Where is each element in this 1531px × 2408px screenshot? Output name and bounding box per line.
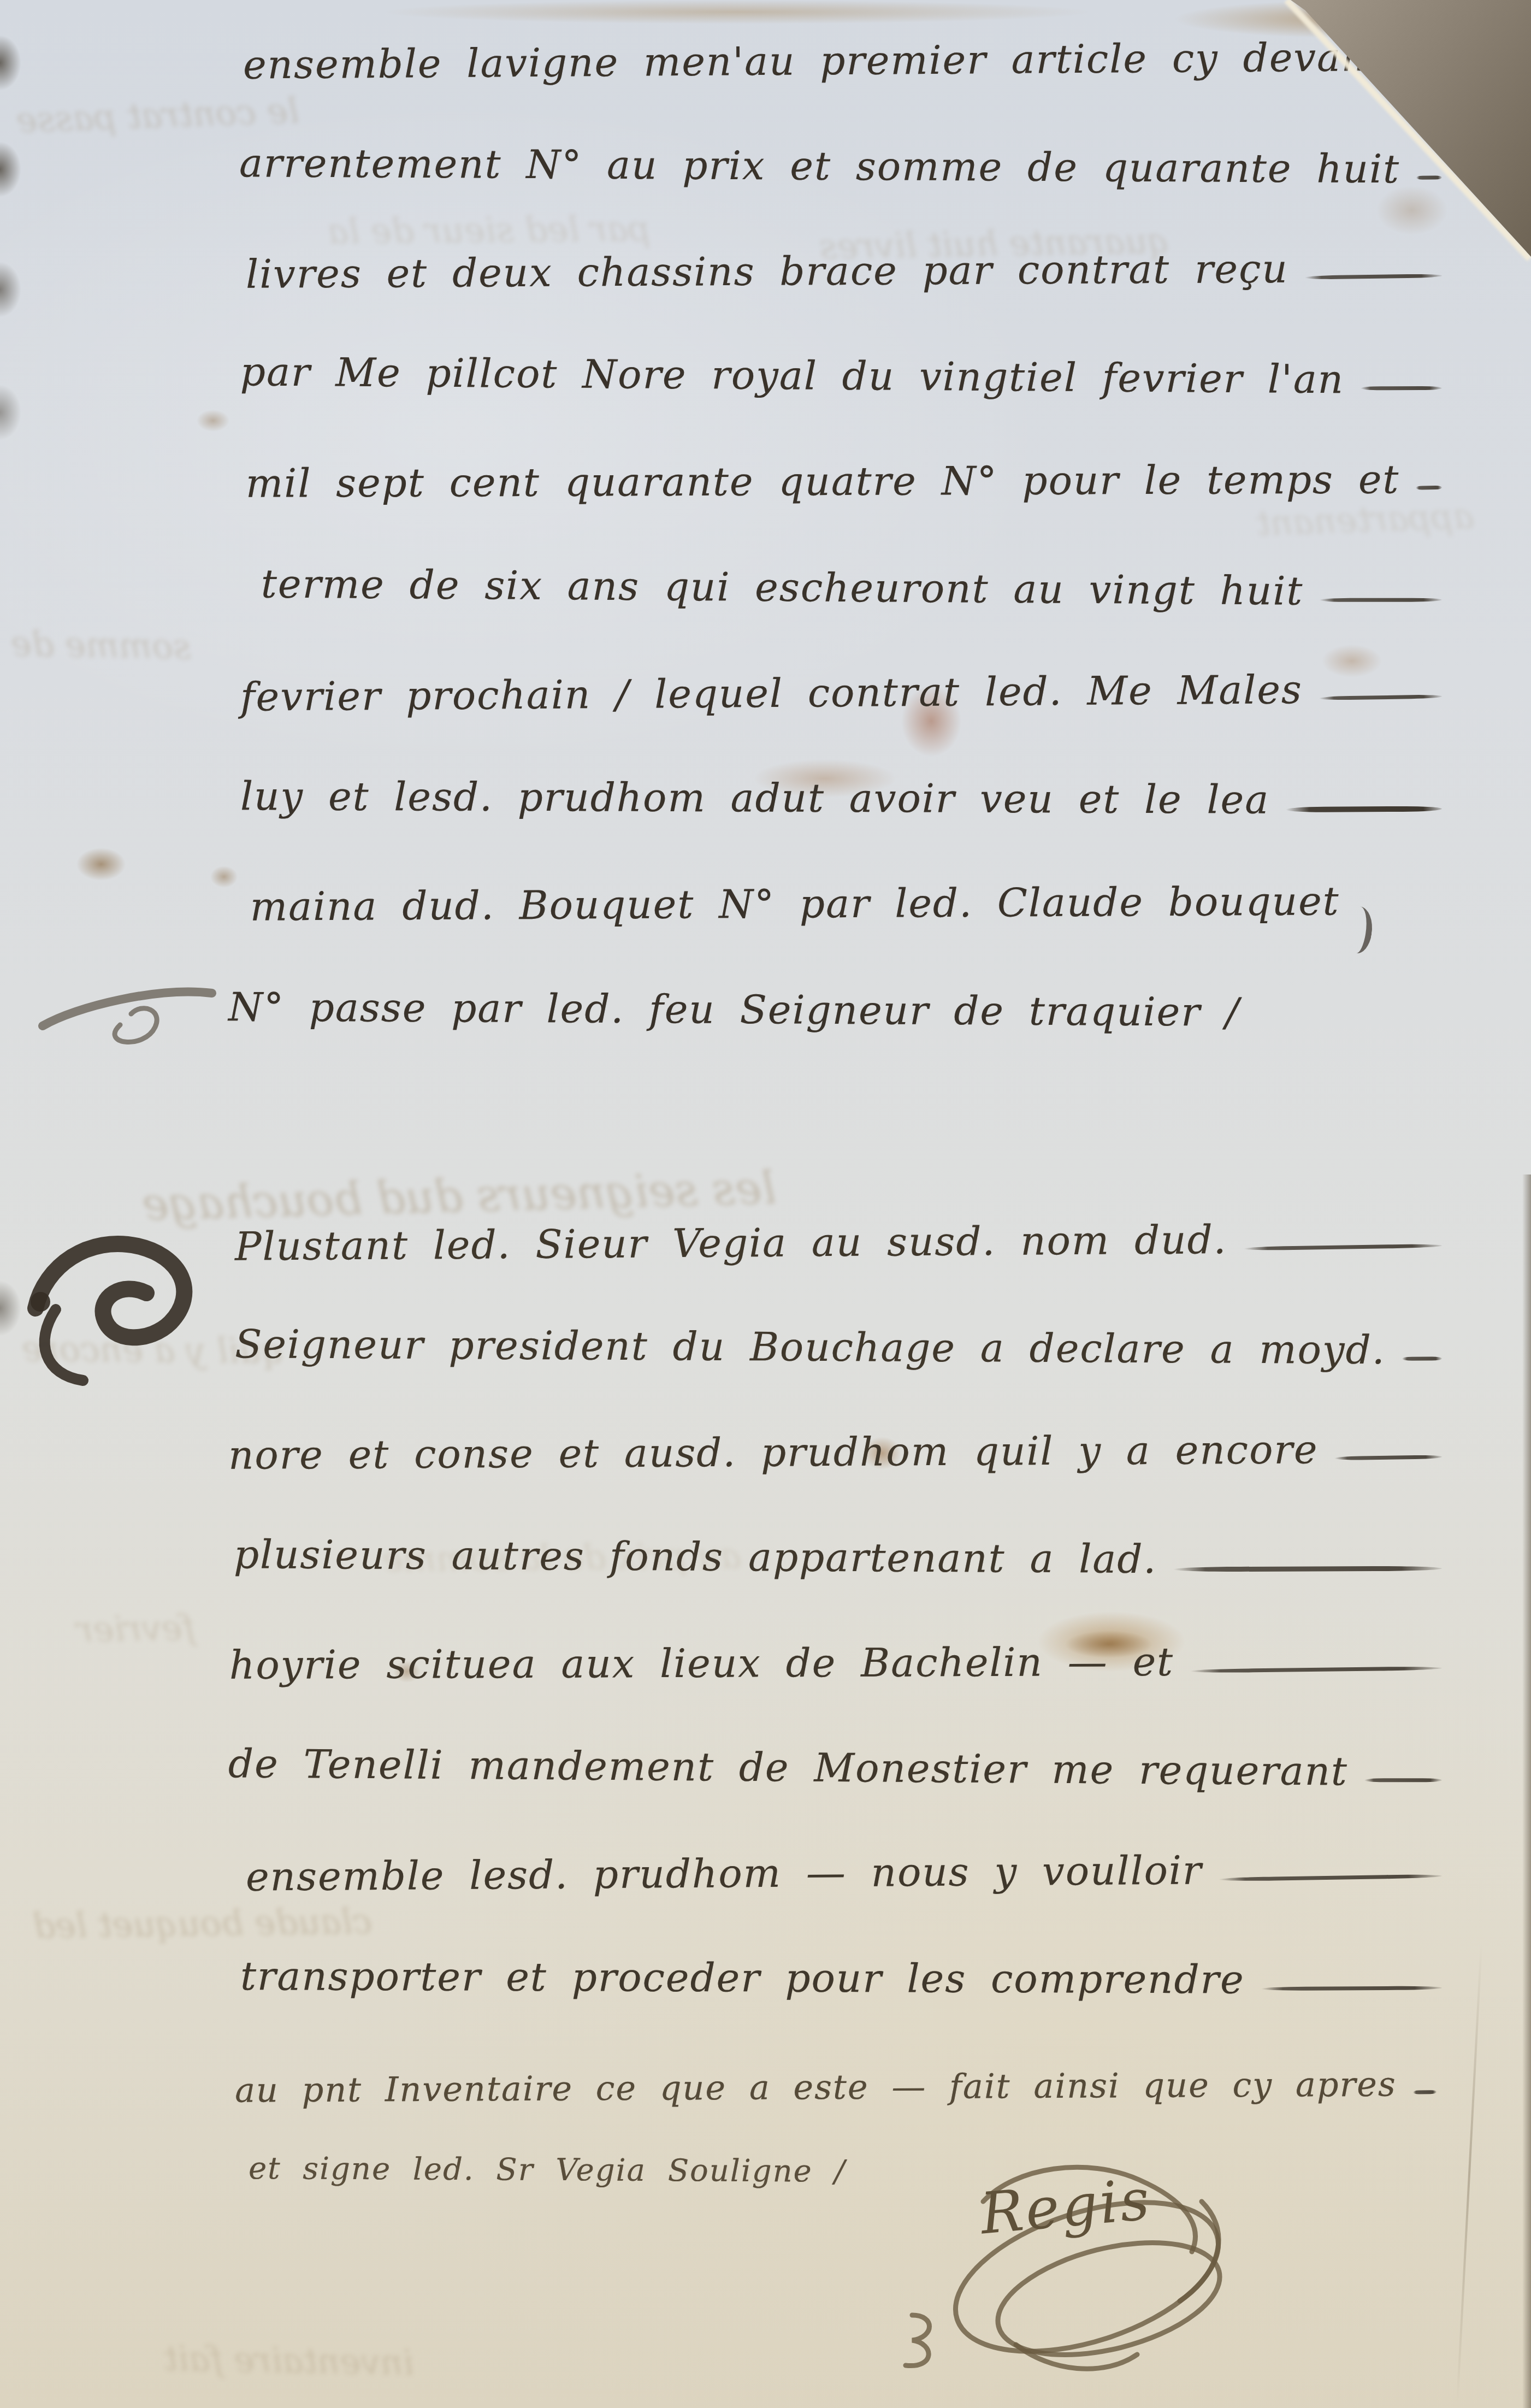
foxing-stain (1376, 186, 1447, 235)
foxing-stain (76, 848, 126, 881)
line-text: plusieurs autres fonds appartenant a lad… (234, 1534, 1157, 1579)
bleedthrough-text: claude bouquet led (33, 1904, 373, 1944)
manuscript-line: fevrier prochain / lequel contrat led. M… (240, 669, 1442, 716)
line-text: hoyrie scituea aux lieux de Bachelin — e… (229, 1642, 1174, 1685)
line-filler-stroke (1305, 274, 1442, 280)
manuscript-line: transporter et proceder pour les compren… (240, 1956, 1442, 2000)
line-text: nore et conse et ausd. prudhom quil y a … (228, 1430, 1319, 1474)
line-filler-stroke (1261, 1986, 1442, 1991)
line-text: Plustant led. Sieur Vegia au susd. nom d… (235, 1220, 1227, 1266)
line-filler-stroke (1320, 598, 1442, 602)
edge-ink-fragment (0, 139, 23, 199)
manuscript-line: hoyrie scituea aux lieux de Bachelin — e… (229, 1641, 1442, 1685)
paper-crease (1456, 1945, 1482, 2403)
foxing-stain (197, 410, 229, 432)
manuscript-line: N° passe par led. feu Seigneur de traqui… (228, 987, 1240, 1032)
bleedthrough-text: appartenant (1256, 499, 1475, 541)
manuscript-line: luy et lesd. prudhom adut avoir veu et l… (240, 776, 1442, 820)
manuscript-line: nore et conse et ausd. prudhom quil y a … (228, 1429, 1442, 1475)
line-text: mil sept cent quarante quatre N° pour le… (246, 459, 1400, 503)
bleedthrough-text: fevrier (76, 1610, 195, 1648)
line-filler-stroke (1244, 1244, 1443, 1251)
bleedthrough-text: somme de (10, 627, 191, 665)
manuscript-line: de Tenelli mandement de Monestier me req… (228, 1744, 1442, 1792)
line-filler-stroke (1416, 486, 1442, 490)
manuscript-line: terme de six ans qui escheuront au vingt… (261, 564, 1442, 611)
line-text: maina dud. Bouquet N° par led. Claude bo… (250, 881, 1340, 926)
line-text: transporter et proceder pour les compren… (240, 1956, 1245, 1999)
line-text: ensemble lesd. prudhom — nous y voulloir (246, 1850, 1203, 1896)
margin-ink-swash (38, 972, 224, 1038)
line-filler-stroke (1416, 176, 1442, 180)
edge-ink-fragment (0, 382, 23, 442)
manuscript-line: arrentement N° au prix et somme de quara… (239, 143, 1442, 189)
initial-flourish (22, 1215, 246, 1396)
manuscript-line: par Me pillcot Nore royal du vingtiel fe… (240, 352, 1442, 399)
page-right-edge-shadow (1522, 1175, 1531, 2408)
line-filler-stroke (1190, 1666, 1442, 1673)
bleedthrough-text: inventaire fait (163, 2341, 414, 2381)
line-text: de Tenelli mandement de Monestier me req… (228, 1744, 1348, 1791)
line-text: arrentement N° au prix et somme de quara… (239, 143, 1400, 188)
manuscript-line: Seigneur president du Bouchage a declare… (235, 1324, 1442, 1370)
line-end-hook (1341, 905, 1375, 955)
manuscript-line: maina dud. Bouquet N° par led. Claude bo… (250, 881, 1443, 959)
line-text: Seigneur president du Bouchage a declare… (235, 1324, 1386, 1370)
line-text: au pnt Inventaire ce que a este — fait a… (235, 2068, 1397, 2108)
line-text: ensemble lavigne men'au premier article … (243, 37, 1385, 85)
foxing-stain (210, 866, 238, 888)
line-filler-stroke (1334, 1455, 1442, 1460)
manuscript-line: plusieurs autres fonds appartenant a lad… (234, 1534, 1442, 1580)
line-text: et signe led. Sr Vegia Souligne / (249, 2153, 846, 2187)
line-filler-stroke (1361, 386, 1442, 390)
manuscript-line: ensemble lavigne men'au premier article … (243, 37, 1442, 84)
line-filler-stroke (1219, 1874, 1442, 1881)
line-text: fevrier prochain / lequel contrat led. M… (240, 670, 1303, 717)
bleedthrough-text: par led sieur de la (328, 211, 651, 249)
manuscript-line: au pnt Inventaire ce que a este — fait a… (235, 2067, 1437, 2108)
line-text: livres et deux chassins brace par contra… (246, 249, 1288, 294)
edge-ink-fragment (0, 1278, 23, 1338)
line-text: luy et lesd. prudhom adut avoir veu et l… (240, 776, 1269, 819)
edge-ink-fragment (0, 259, 23, 320)
manuscript-line: livres et deux chassins brace par contra… (246, 248, 1442, 293)
bleedthrough-text: le contrat passe (16, 93, 299, 138)
line-filler-stroke (1286, 806, 1442, 812)
edge-ink-fragment (0, 33, 23, 93)
manuscript-line: ensemble lesd. prudhom — nous y voulloir (246, 1849, 1442, 1896)
line-filler-stroke (1173, 1566, 1442, 1572)
line-filler-stroke (1402, 1356, 1442, 1360)
manuscript-line: mil sept cent quarante quatre N° pour le… (246, 459, 1442, 503)
manuscript-line: Plustant led. Sieur Vegia au susd. nom d… (235, 1218, 1442, 1266)
line-text: N° passe par led. feu Seigneur de traqui… (228, 987, 1240, 1032)
line-text: terme de six ans qui escheuront au vingt… (261, 564, 1304, 610)
foxing-stain (382, 0, 1092, 24)
line-filler-stroke (1319, 694, 1442, 700)
manuscript-line: et signe led. Sr Vegia Souligne / (249, 2153, 846, 2187)
manuscript-page: le contrat passe quarante huit livres pa… (0, 0, 1531, 2408)
line-text: par Me pillcot Nore royal du vingtiel fe… (240, 352, 1345, 399)
line-filler-stroke (1413, 2090, 1437, 2094)
line-filler-stroke (1364, 1778, 1442, 1782)
